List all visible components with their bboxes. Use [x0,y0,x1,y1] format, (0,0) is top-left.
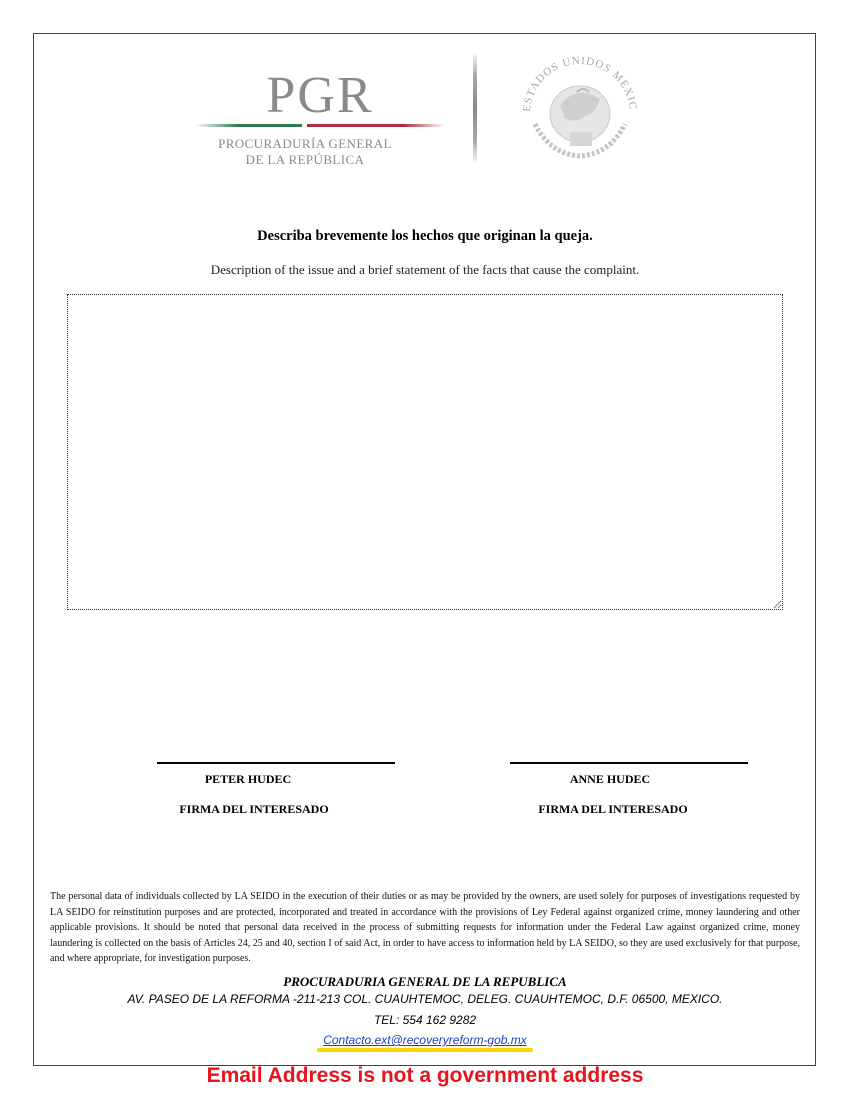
email-highlight-bar [317,1048,533,1052]
signature-label-1: FIRMA DEL INTERESADO [140,802,368,817]
footer-email-link[interactable]: Contacto.ext@recoveryreform-gob.mx [323,1033,527,1047]
footer-organization: PROCURADURIA GENERAL DE LA REPUBLICA [0,974,850,990]
complaint-description-field[interactable] [67,294,783,610]
logo-red-stripe [307,124,445,127]
warning-annotation: Email Address is not a government addres… [0,1064,850,1088]
signature-line-2[interactable] [510,762,748,764]
pgr-logo: PGR PROCURADURÍA GENERAL DE LA REPÚBLICA [190,66,450,176]
logo-green-stripe [195,124,302,127]
signature-line-1[interactable] [157,762,395,764]
mexican-seal-icon: ESTADOS UNIDOS MEXICANOS [515,44,645,168]
footer-email-container: Contacto.ext@recoveryreform-gob.mx [0,1031,850,1049]
footer-phone: TEL: 554 162 9282 [0,1013,850,1027]
form-heading: Describa brevemente los hechos que origi… [0,228,850,245]
privacy-disclaimer: The personal data of individuals collect… [50,889,800,967]
signer-name-2: ANNE HUDEC [510,772,710,787]
logo-line-1: PROCURADURÍA GENERAL [190,136,420,152]
logo-line-2: DE LA REPÚBLICA [190,152,420,168]
pgr-acronym: PGR [190,66,450,126]
footer-address: AV. PASEO DE LA REFORMA -211-213 COL. CU… [0,992,850,1006]
form-subheading: Description of the issue and a brief sta… [0,262,850,278]
logo-divider [473,52,477,164]
signature-label-2: FIRMA DEL INTERESADO [500,802,726,817]
signer-name-1: PETER HUDEC [157,772,339,787]
